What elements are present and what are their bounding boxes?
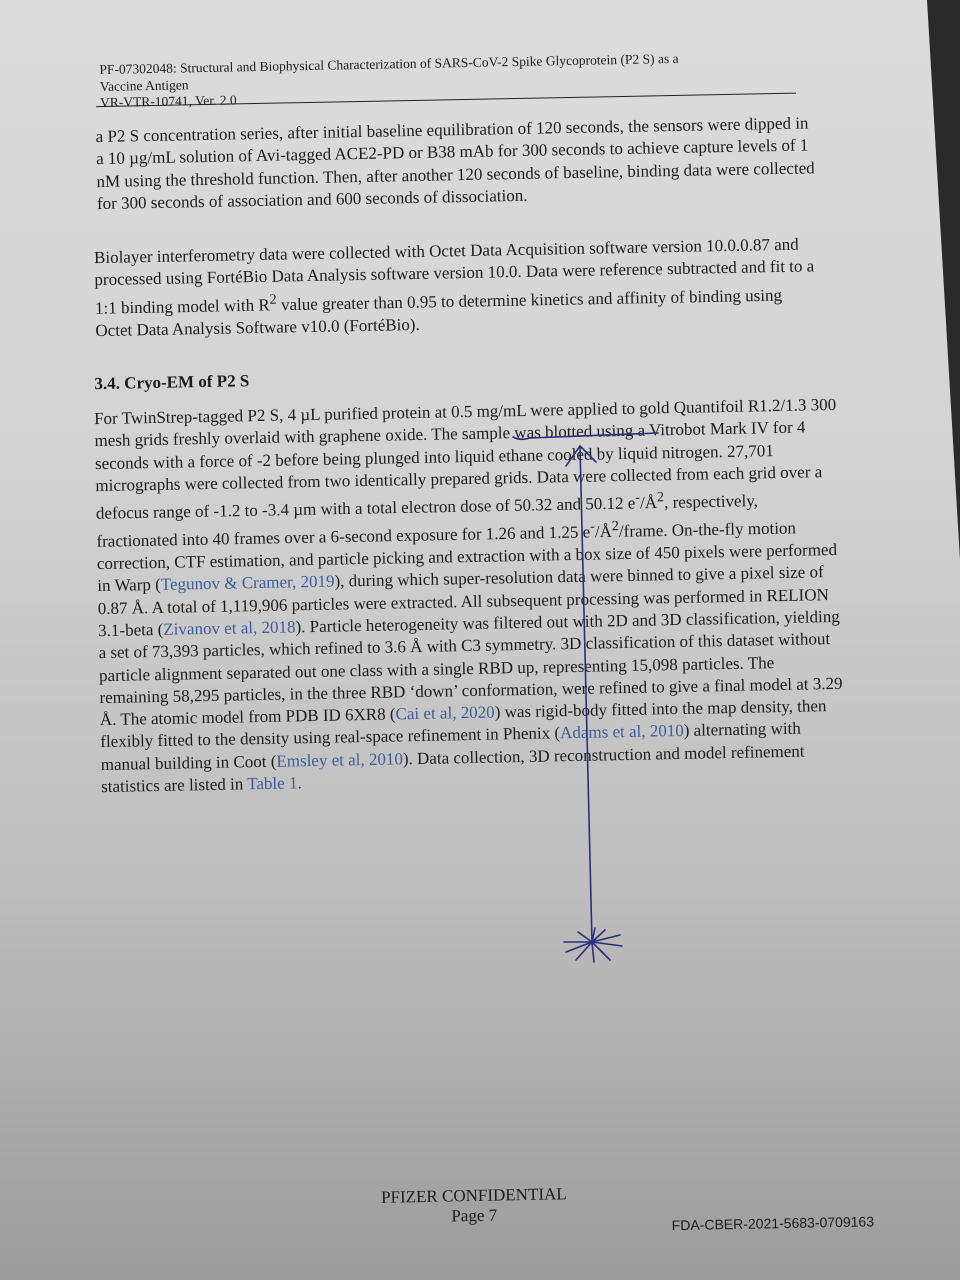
- paragraph-bli-analysis: Biolayer interferometry data were collec…: [94, 233, 816, 342]
- citation-link-emsley[interactable]: Emsley et al, 2010: [276, 749, 403, 770]
- table-1-link[interactable]: Table 1: [247, 773, 298, 793]
- paper-sheet: PF-07302048: Structural and Biophysical …: [0, 0, 960, 1280]
- text-span: /Å: [640, 493, 657, 512]
- running-header: PF-07302048: Structural and Biophysical …: [99, 49, 800, 112]
- document-page: PF-07302048: Structural and Biophysical …: [0, 0, 960, 1280]
- citation-link-tegunov[interactable]: Tegunov & Cramer, 2019: [161, 572, 335, 594]
- confidential-label: PFIZER CONFIDENTIAL: [381, 1184, 567, 1207]
- paragraph-cryo-em: For TwinStrep-tagged P2 S, 4 µL purified…: [94, 394, 846, 799]
- pen-underlined-text: graphene oxide.: [319, 425, 428, 446]
- section-heading: 3.4. Cryo-EM of P2 S: [94, 371, 249, 394]
- citation-link-zivanov[interactable]: Zivanov et al, 2018: [163, 617, 296, 639]
- page-number: Page 7: [381, 1204, 567, 1228]
- citation-link-cai[interactable]: Cai et al, 2020: [395, 703, 495, 724]
- bates-number: FDA-CBER-2021-5683-0709163: [672, 1213, 875, 1233]
- footer-confidential: PFIZER CONFIDENTIAL Page 7: [381, 1184, 567, 1228]
- citation-link-adams[interactable]: Adams et al, 2010: [560, 721, 684, 742]
- text-span: /Å: [595, 522, 612, 541]
- text-span: .: [297, 773, 302, 792]
- paragraph-bli-method: a P2 S concentration series, after initi…: [96, 112, 818, 215]
